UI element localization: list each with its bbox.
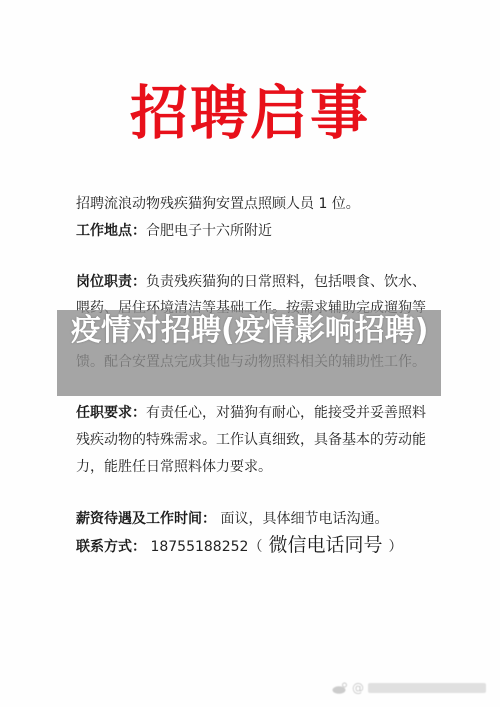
close-paren: ）: [388, 539, 402, 555]
overlay-title: 疫情对招聘(疫情影响招聘): [71, 314, 431, 348]
contact-phone: 18755188252: [150, 539, 248, 555]
requirements-line-3: 力，能胜任日常照料体力要求。: [76, 458, 272, 476]
requirements-line-1: 任职要求：有责任心，对猫狗有耐心，能接受并妥善照料: [76, 404, 426, 422]
weibo-logo-icon: [332, 682, 348, 694]
work-location-value: 合肥电子十六所附近: [146, 223, 272, 239]
line-text: 招聘流浪动物残疾猫狗安置点照顾人员 1 位。: [76, 196, 360, 212]
requirements-text-1: 有责任心，对猫狗有耐心，能接受并妥善照料: [146, 405, 426, 421]
work-location-line: 工作地点：合肥电子十六所附近: [76, 222, 272, 240]
open-paren: （: [248, 539, 262, 555]
salary-line: 薪资待遇及工作时间： 面议，具体细节电话沟通。: [76, 510, 388, 528]
contact-label: 联系方式：: [76, 539, 146, 555]
requirements-text-3: 力，能胜任日常照料体力要求。: [76, 459, 272, 475]
duties-line-1: 岗位职责：负责残疾猫狗的日常照料，包括喂食、饮水、: [76, 273, 426, 291]
watermark: @: [332, 681, 486, 695]
work-location-label: 工作地点：: [76, 223, 146, 239]
wechat-note: 微信电话同号: [268, 534, 382, 556]
duties-label: 岗位职责：: [76, 274, 146, 290]
salary-label: 薪资待遇及工作时间：: [76, 511, 216, 527]
poster-intro-line: 招聘流浪动物残疾猫狗安置点照顾人员 1 位。: [76, 195, 360, 213]
requirements-label: 任职要求：: [76, 405, 146, 421]
requirements-text-2: 残疾动物的特殊需求。工作认真细致，具备基本的劳动能: [76, 432, 426, 448]
requirements-line-2: 残疾动物的特殊需求。工作认真细致，具备基本的劳动能: [76, 431, 426, 449]
salary-value: 面议，具体细节电话沟通。: [220, 511, 388, 527]
poster-title: 招聘启事: [0, 78, 500, 148]
watermark-handle: [368, 683, 486, 693]
contact-line: 联系方式： 18755188252（微信电话同号）: [76, 536, 402, 556]
watermark-prefix: @: [352, 681, 364, 695]
duties-text-1: 负责残疾猫狗的日常照料，包括喂食、饮水、: [146, 274, 426, 290]
